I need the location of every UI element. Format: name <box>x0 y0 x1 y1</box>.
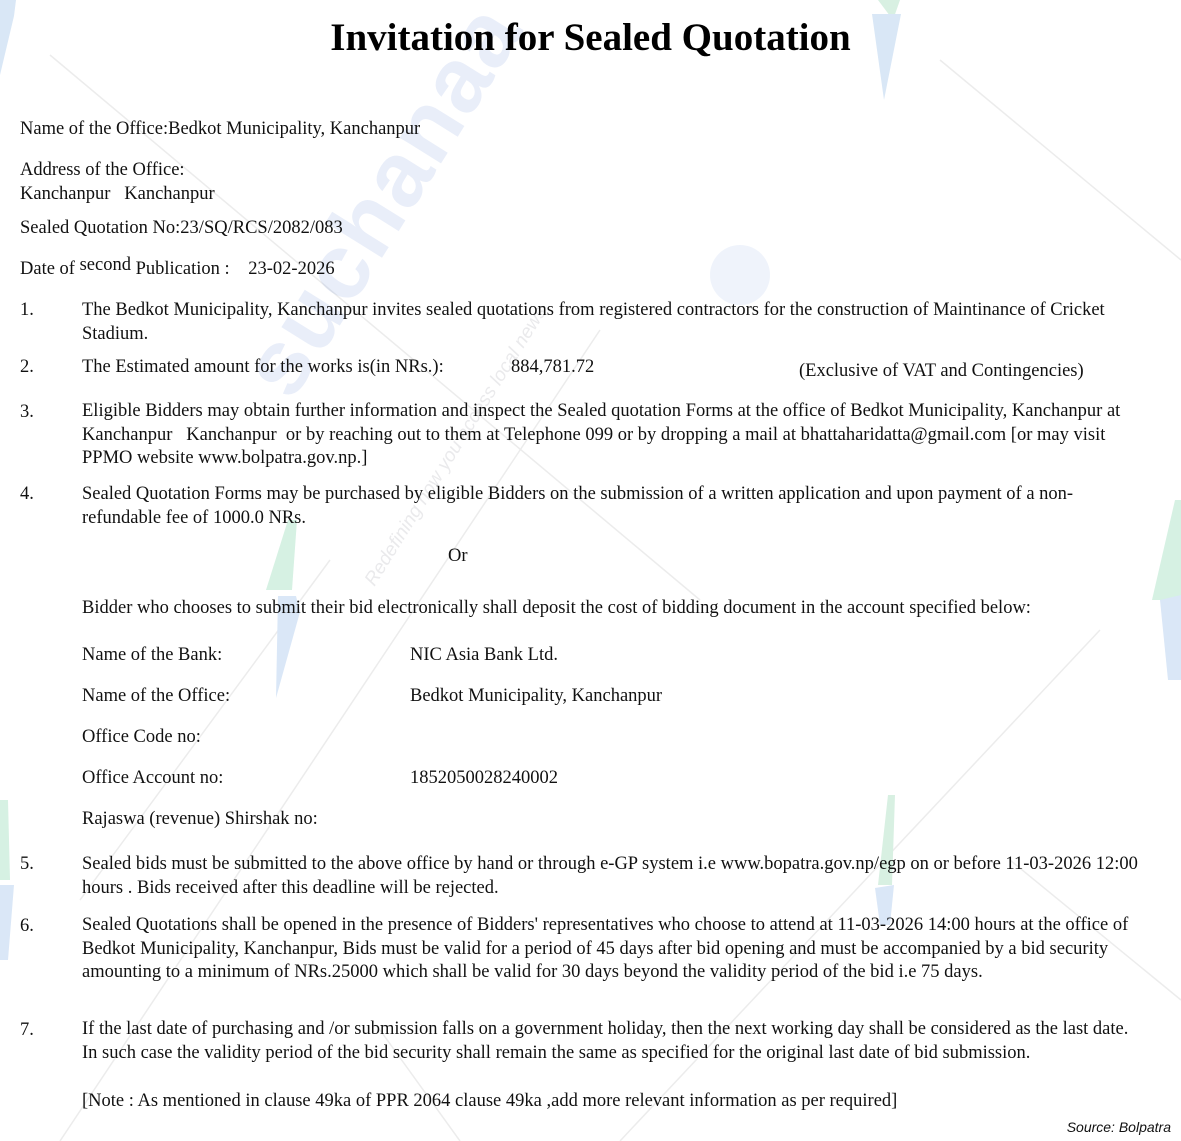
bank-detail-label: Name of the Office: <box>82 684 230 708</box>
clause-6-text: Sealed Quotations shall be opened in the… <box>82 914 1147 985</box>
address-label: Address of the Office: <box>20 158 185 182</box>
electronic-deposit-text: Bidder who chooses to submit their bid e… <box>82 596 1147 620</box>
address-value: Kanchanpur Kanchanpur <box>20 182 215 206</box>
clause-number: 7. <box>20 1018 34 1042</box>
quotation-number: Sealed Quotation No:23/SQ/RCS/2082/083 <box>20 216 343 240</box>
clause-4-text: Sealed Quotation Forms may be purchased … <box>82 482 1147 530</box>
office-name: Name of the Office:Bedkot Municipality, … <box>20 117 420 141</box>
clause-number: 5. <box>20 852 34 876</box>
clause-number: 3. <box>20 400 34 424</box>
or-separator: Or <box>448 544 468 568</box>
clause-number: 1. <box>20 298 34 322</box>
clause-3-text: Eligible Bidders may obtain further info… <box>82 400 1147 471</box>
bank-detail-label: Office Code no: <box>82 725 201 749</box>
bolt-shape-lower-left <box>0 800 14 960</box>
publication-date-line: Date of second Publication : 23-02-2026 <box>20 257 335 281</box>
bank-detail-value: NIC Asia Bank Ltd. <box>410 643 558 667</box>
bank-detail-label: Rajaswa (revenue) Shirshak no: <box>82 807 318 831</box>
clause-1-text: The Bedkot Municipality, Kanchanpur invi… <box>82 298 1147 346</box>
clause-number: 2. <box>20 355 34 379</box>
publication-prefix: Date of <box>20 259 75 279</box>
clause-number: 6. <box>20 914 34 938</box>
publication-label: Publication : <box>136 259 230 279</box>
publication-date: 23-02-2026 <box>248 259 334 279</box>
publication-raised-word: second <box>80 255 131 275</box>
bank-detail-value: Bedkot Municipality, Kanchanpur <box>410 684 662 708</box>
bolt-shape-right <box>1152 500 1181 680</box>
bank-detail-value: 1852050028240002 <box>410 766 558 790</box>
bank-detail-label: Office Account no: <box>82 766 223 790</box>
estimated-amount: 884,781.72 <box>511 355 594 379</box>
source-credit: Source: Bolpatra <box>1067 1118 1171 1136</box>
document-title: Invitation for Sealed Quotation <box>0 14 1181 62</box>
clause-7-note: [Note : As mentioned in clause 49ka of P… <box>82 1089 1147 1113</box>
bank-detail-label: Name of the Bank: <box>82 643 222 667</box>
clause-2-text: The Estimated amount for the works is(in… <box>82 355 502 379</box>
estimated-amount-note: (Exclusive of VAT and Contingencies) <box>799 359 1084 383</box>
clause-number: 4. <box>20 482 34 506</box>
clause-7-text: If the last date of purchasing and /or s… <box>82 1018 1147 1065</box>
clause-5-text: Sealed bids must be submitted to the abo… <box>82 852 1147 900</box>
